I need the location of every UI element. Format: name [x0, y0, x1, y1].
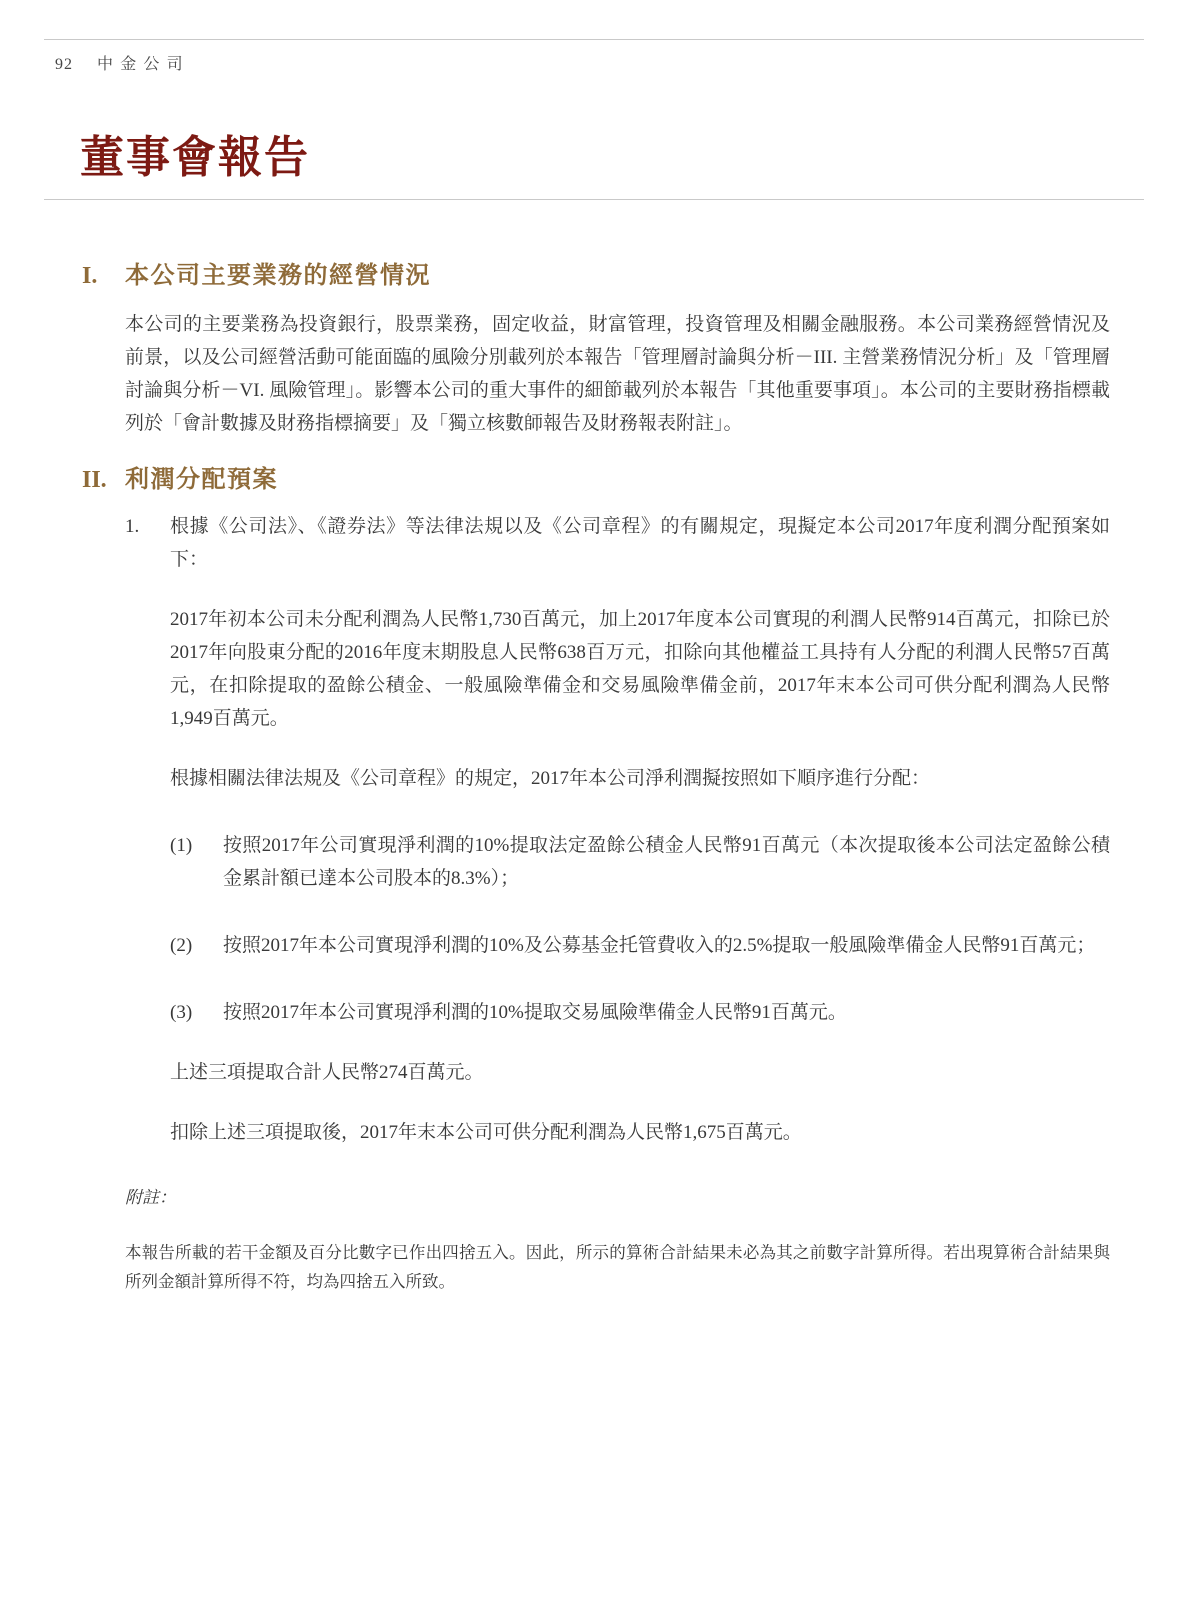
- section-profit-distribution: II. 利潤分配預案 1. 根據《公司法》、《證券法》等法律法規以及《公司章程》…: [82, 464, 1110, 1295]
- document-page: 92中金公司 董事會報告 I. 本公司主要業務的經營情況 本公司的主要業務為投資…: [0, 0, 1190, 1615]
- item-number: 1.: [125, 510, 170, 1149]
- sub-item-marker: (1): [170, 829, 223, 895]
- sub-item-3: (3) 按照2017年本公司實現淨利潤的10%提取交易風險準備金人民幣91百萬元…: [170, 996, 1110, 1029]
- rounding-note-paragraph: 本報告所載的若干金額及百分比數字已作出四捨五入。因此，所示的算術合計結果未必為其…: [125, 1238, 1110, 1296]
- page-number: 92: [55, 56, 73, 73]
- section-heading: 利潤分配預案: [125, 464, 278, 496]
- item-body: 根據《公司法》、《證券法》等法律法規以及《公司章程》的有關規定，現擬定本公司20…: [170, 510, 1110, 1149]
- sub-item-1: (1) 按照2017年公司實現淨利潤的10%提取法定盈餘公積金人民幣91百萬元（…: [170, 829, 1110, 895]
- section-body: 本公司的主要業務為投資銀行，股票業務，固定收益，財富管理，投資管理及相關金融服務…: [125, 308, 1110, 440]
- total-withdrawal-paragraph: 上述三項提取合計人民幣274百萬元。: [170, 1056, 1110, 1089]
- title-divider: [44, 199, 1144, 200]
- numbered-item-1: 1. 根據《公司法》、《證券法》等法律法規以及《公司章程》的有關規定，現擬定本公…: [125, 510, 1110, 1149]
- header-divider: [44, 39, 1144, 40]
- page-title: 董事會報告: [80, 130, 1190, 185]
- section-marker: I.: [82, 260, 125, 292]
- section-heading: 本公司主要業務的經營情況: [125, 260, 431, 292]
- company-name: 中金公司: [97, 56, 190, 73]
- item-intro-paragraph: 根據《公司法》、《證券法》等法律法規以及《公司章程》的有關規定，現擬定本公司20…: [170, 510, 1110, 576]
- section-heading-row: II. 利潤分配預案: [82, 464, 1110, 496]
- footnote-label: 附註：: [125, 1185, 1110, 1211]
- distribution-order-paragraph: 根據相關法律法規及《公司章程》的規定，2017年本公司淨利潤擬按照如下順序進行分…: [170, 762, 1110, 795]
- business-overview-paragraph: 本公司的主要業務為投資銀行，股票業務，固定收益，財富管理，投資管理及相關金融服務…: [125, 308, 1110, 440]
- section-business-overview: I. 本公司主要業務的經營情況 本公司的主要業務為投資銀行，股票業務，固定收益，…: [82, 260, 1110, 440]
- section-heading-row: I. 本公司主要業務的經營情況: [82, 260, 1110, 292]
- sub-item-2: (2) 按照2017年本公司實現淨利潤的10%及公募基金托管費收入的2.5%提取…: [170, 929, 1110, 962]
- profit-opening-paragraph: 2017年初本公司未分配利潤為人民幣1,730百萬元，加上2017年度本公司實現…: [170, 603, 1110, 735]
- sub-item-text: 按照2017年公司實現淨利潤的10%提取法定盈餘公積金人民幣91百萬元（本次提取…: [223, 829, 1110, 895]
- section-marker: II.: [82, 464, 125, 496]
- sub-item-marker: (3): [170, 996, 223, 1029]
- sub-item-text: 按照2017年本公司實現淨利潤的10%提取交易風險準備金人民幣91百萬元。: [223, 996, 1110, 1029]
- footnote-block: 附註： 本報告所載的若干金額及百分比數字已作出四捨五入。因此，所示的算術合計結果…: [125, 1185, 1110, 1296]
- sub-item-marker: (2): [170, 929, 223, 962]
- sub-item-text: 按照2017年本公司實現淨利潤的10%及公募基金托管費收入的2.5%提取一般風險…: [223, 929, 1110, 962]
- remaining-profit-paragraph: 扣除上述三項提取後，2017年末本公司可供分配利潤為人民幣1,675百萬元。: [170, 1116, 1110, 1149]
- page-header: 92中金公司: [55, 51, 1190, 74]
- section-body: 1. 根據《公司法》、《證券法》等法律法規以及《公司章程》的有關規定，現擬定本公…: [125, 510, 1110, 1296]
